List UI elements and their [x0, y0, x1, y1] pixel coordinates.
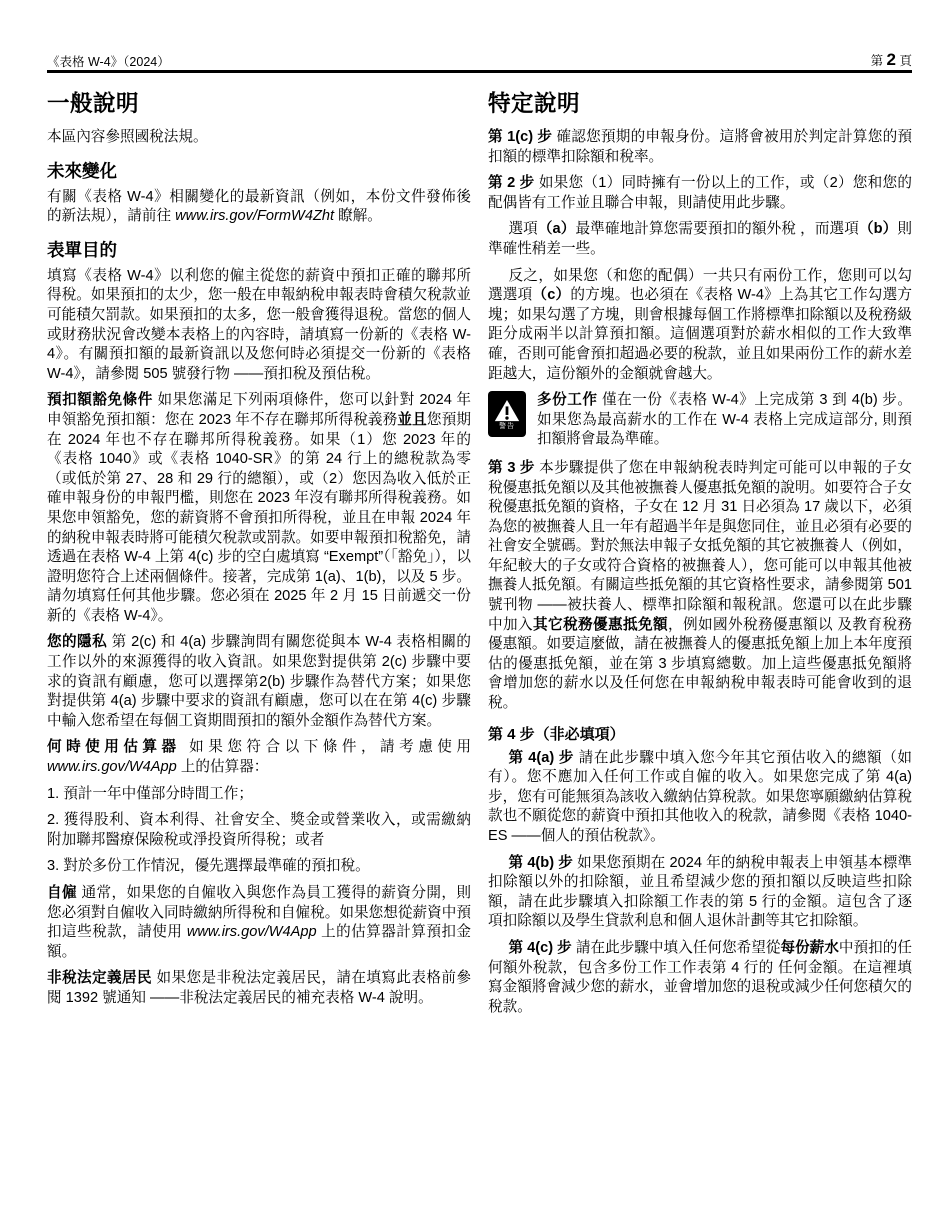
text-run: 第 2(c) 和 4(a) 步驟詢問有關您從與本 W-4 表格相關的工作以外的來… [47, 634, 471, 728]
paragraph: 3. 對於多份工作情況，優先選擇最準確的預扣稅。 [47, 857, 471, 877]
bold-text-run: 第 1(c) 步 [488, 129, 556, 145]
bold-text-run: 第 2 步 [488, 175, 539, 191]
two-column-layout: 一般說明 本區內容參照國稅法規。未來變化有關《表格 W-4》相關變化的最新資訊（… [47, 80, 912, 1024]
caution-paragraph: 多份工作 僅在一份《表格 W-4》上完成第 3 到 4(b) 步。如果您為最高薪… [537, 391, 912, 450]
paragraph: 預扣額豁免條件 如果您滿足下列兩項條件，您可以針對 2024 年申領豁免預扣額：… [47, 391, 471, 626]
page-number: 第 2 頁 [871, 50, 912, 70]
text-run: 最準確地計算您需要預扣的額外稅 ，而選項 [575, 221, 858, 237]
form-title: 《表格 W-4》（2024） [47, 52, 170, 70]
page-header: 《表格 W-4》（2024） 第 2 頁 [47, 50, 912, 70]
paragraph: 第 4(a) 步 請在此步驟中填入您今年其它預估收入的總額（如有）。您不應加入任… [488, 749, 912, 847]
bold-text-run: 自僱 [47, 885, 81, 901]
text-run: 選項 [508, 221, 537, 237]
bold-text-run: 每份薪水 [780, 940, 838, 956]
paragraph: 非稅法定義居民 如果您是非稅法定義居民，請在填寫此表格前參閱 1392 號通知 … [47, 969, 471, 1008]
section-heading: 第 4 步（非必填項） [488, 723, 912, 744]
text-run: 上的估算器： [177, 759, 269, 775]
paragraph: 何時使用估算器 如果您符合以下條件，請考慮使用 www.irs.gov/W4Ap… [47, 738, 471, 777]
bold-text-run: 多份工作 [537, 392, 602, 408]
text-run: 本區內容參照國稅法規。 [47, 129, 208, 145]
bold-text-run: 第 4(c) 步 [508, 940, 575, 956]
text-run: 2. 獲得股利、資本利得、社會安全、獎金或營業收入，或需繳納附加聯邦醫療保險稅或… [47, 812, 471, 848]
paragraph: 第 4(b) 步 如果您預期在 2024 年的納稅申報表上申領基本標準扣除額以外… [488, 854, 912, 932]
page-number-value: 2 [887, 50, 896, 69]
bold-text-run: 非稅法定義居民 [47, 970, 156, 986]
text-run: 如果您符合以下條件，請考慮使用 [189, 739, 471, 755]
bold-text-run: 並且 [397, 412, 426, 428]
paragraph: 第 2 步 如果您（1）同時擁有一份以上的工作，或（2）您和您的配偶皆有工作並且… [488, 174, 912, 213]
bold-text-run: （c） [532, 287, 570, 303]
paragraph: 有關《表格 W-4》相關變化的最新資訊（例如，本份文件發佈後的新法規），請前往 … [47, 188, 471, 227]
column-title-general: 一般說明 [47, 86, 471, 118]
paragraph: 填寫《表格 W-4》以利您的僱主從您的薪資中預扣正確的聯邦所得稅。如果預扣的太少… [47, 267, 471, 385]
specific-instructions-column: 特定說明 第 1(c) 步 確認您預期的申報身份。這將會被用於判定計算您的預扣額… [488, 80, 912, 1024]
column-title-specific: 特定說明 [488, 86, 912, 118]
text-run: 瞭解。 [334, 208, 382, 224]
paragraph: 本區內容參照國稅法規。 [47, 128, 471, 148]
text-run: 請在此步驟中填入任何您希望從 [576, 940, 781, 956]
text-run: 本步驟提供了您在申報納稅表時判定可能可以申報的子女稅優惠抵免額以及其他被撫養人優… [488, 460, 912, 633]
text-run: 填寫《表格 W-4》以利您的僱主從您的薪資中預扣正確的聯邦所得稅。如果預扣的太少… [47, 268, 471, 382]
bold-text-run: 何時使用估算器 [47, 739, 189, 755]
paragraph: 第 3 步 本步驟提供了您在申報納稅表時判定可能可以申報的子女稅優惠抵免額以及其… [488, 459, 912, 714]
warning-icon-label: 警告 [499, 422, 515, 431]
paragraph: 第 1(c) 步 確認您預期的申報身份。這將會被用於判定計算您的預扣額的標準扣除… [488, 128, 912, 167]
paragraph: 反之，如果您（和您的配偶）一共只有兩份工作，您則可以勾選選項（c）的方塊。也必須… [488, 267, 912, 385]
paragraph: 2. 獲得股利、資本利得、社會安全、獎金或營業收入，或需繳納附加聯邦醫療保險稅或… [47, 811, 471, 850]
bold-text-run: （b） [859, 221, 897, 237]
text-run: 如果您（1）同時擁有一份以上的工作，或（2）您和您的配偶皆有工作並且聯合申報，則… [488, 175, 912, 211]
paragraph: 自僱 通常，如果您的自僱收入與您作為員工獲得的薪資分開，則您必須對自僱收入同時繳… [47, 884, 471, 962]
header-rule [47, 70, 912, 73]
paragraph: 選項（a）最準確地計算您需要預扣的額外稅 ，而選項（b）則準確性稍差一些。 [488, 220, 912, 259]
bold-text-run: 第 4(b) 步 [508, 855, 577, 871]
text-run: 3. 對於多份工作情況，優先選擇最準確的預扣稅。 [47, 858, 370, 874]
bold-text-run: 其它稅務優惠抵免額 [533, 617, 668, 633]
bold-text-run: 第 4(a) 步 [508, 750, 578, 766]
bold-text-run: （a） [538, 221, 576, 237]
bold-text-run: 預扣額豁免條件 [47, 392, 158, 408]
page-number-prefix: 第 [871, 54, 887, 68]
url-text: www.irs.gov/W4App [187, 924, 317, 940]
page-number-suffix: 頁 [896, 54, 912, 68]
url-text: www.irs.gov/FormW4Zht [175, 208, 334, 224]
paragraph: 1. 預計一年中僅部分時間工作； [47, 785, 471, 805]
text-run: 1. 預計一年中僅部分時間工作； [47, 786, 253, 802]
paragraph: 您的隱私 第 2(c) 和 4(a) 步驟詢問有關您從與本 W-4 表格相關的工… [47, 633, 471, 731]
section-heading: 表單目的 [47, 237, 471, 262]
paragraph: 第 4(c) 步 請在此步驟中填入任何您希望從每份薪水中預扣的任何額外稅款，包含… [488, 939, 912, 1017]
document-page: 《表格 W-4》（2024） 第 2 頁 一般說明 本區內容參照國稅法規。未來變… [0, 0, 950, 1230]
section-heading: 未來變化 [47, 158, 471, 183]
caution-note: 警告多份工作 僅在一份《表格 W-4》上完成第 3 到 4(b) 步。如果您為最… [488, 391, 912, 450]
url-text: www.irs.gov/W4App [47, 759, 177, 775]
specific-instructions-blocks: 第 1(c) 步 確認您預期的申報身份。這將會被用於判定計算您的預扣額的標準扣除… [488, 128, 912, 1017]
general-instructions-blocks: 本區內容參照國稅法規。未來變化有關《表格 W-4》相關變化的最新資訊（例如，本份… [47, 128, 471, 1009]
general-instructions-column: 一般說明 本區內容參照國稅法規。未來變化有關《表格 W-4》相關變化的最新資訊（… [47, 80, 471, 1024]
warning-icon: 警告 [488, 391, 526, 437]
bold-text-run: 第 3 步 [488, 460, 539, 476]
text-run: 您預期在 2024 年也不存在聯邦所得稅義務。如果（1）您 2023 年的《表格… [47, 412, 471, 624]
bold-text-run: 您的隱私 [47, 634, 112, 650]
